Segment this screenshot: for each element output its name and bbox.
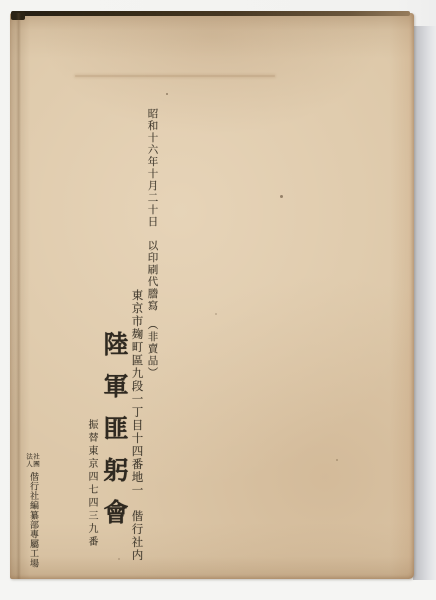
paper-speck	[336, 459, 338, 461]
scanner-background-bottom	[0, 580, 436, 600]
colophon-date-line: 昭和十六年十月二十日 以印刷代謄寫 （非賣品）	[146, 108, 157, 379]
paper-speck	[118, 558, 120, 560]
publisher-name: 陸軍匪躬會	[101, 331, 126, 541]
scanned-document: 昭和十六年十月二十日 以印刷代謄寫 （非賣品） 東京市麹町區九段一丁目十四番地一…	[0, 0, 436, 600]
corporate-status-label: 社團法人	[25, 453, 39, 470]
book-back-page: 昭和十六年十月二十日 以印刷代謄寫 （非賣品） 東京市麹町區九段一丁目十四番地一…	[10, 13, 414, 579]
page-top-edge-shadow	[12, 11, 410, 16]
postal-transfer-number: 振替東京四七四三九番	[86, 419, 96, 549]
paper-speck	[215, 313, 217, 315]
horizontal-crease	[75, 75, 275, 77]
binding-crease	[16, 13, 21, 579]
printer-credit: 偕行社編纂部專屬工場	[29, 472, 38, 568]
paper-speck	[166, 93, 168, 95]
scanner-shadow-right	[413, 26, 436, 600]
paper-speck	[280, 195, 283, 198]
colophon-address-line: 東京市麹町區九段一丁目十四番地一 偕行社内	[130, 289, 142, 562]
